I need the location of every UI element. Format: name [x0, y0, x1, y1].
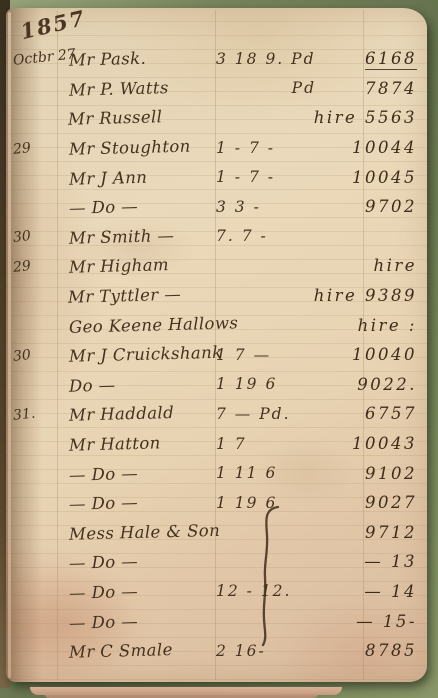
amount-cell: 1 - 7 -: [216, 139, 322, 157]
ledger-row: Mr C Smale 2 16- 8785: [6, 636, 427, 666]
date-cell: [6, 115, 55, 120]
date-cell: [6, 175, 56, 180]
number-cell: 6168: [322, 49, 427, 68]
ledger-row: Mr J Ann 1 - 7 - 10045: [6, 162, 427, 192]
name-cell: Mr Stoughton: [56, 136, 216, 159]
name-cell: Do —: [56, 373, 216, 396]
date-cell: [6, 589, 56, 594]
date-cell: Octbr 27: [5, 48, 56, 69]
number-cell: — 15-: [322, 612, 427, 631]
name-cell: Mr Russell: [55, 106, 211, 129]
ledger-row: Mr Hatton 1 7 10043: [6, 429, 427, 459]
name-cell: Mr J Ann: [56, 166, 216, 189]
number-cell: — 14: [322, 582, 427, 601]
amount-cell: 12 - 12.: [216, 582, 322, 600]
name-cell: — Do —: [56, 550, 216, 573]
amount-cell: 1 - 7 -: [216, 168, 322, 186]
number-cell: 9712: [322, 523, 427, 542]
date-cell: [6, 293, 55, 298]
date-cell: 29: [5, 137, 56, 158]
amount-cell: 7. 7 -: [216, 227, 322, 245]
ledger-row: 31. Mr Haddald 7 — Pd. 6757: [6, 399, 427, 429]
name-cell: — Do —: [56, 580, 216, 603]
date-cell: [6, 204, 56, 209]
number-cell: hire :: [322, 316, 427, 335]
ledger-row: Mess Hale & Son 9712: [6, 518, 427, 548]
ledger-row: — Do — — 13: [6, 547, 427, 577]
name-cell: — Do —: [56, 491, 216, 514]
ledger-row: 30 Mr Smith — 7. 7 -: [6, 222, 427, 252]
date-cell: [6, 559, 56, 564]
number-cell: hire 9389: [314, 286, 427, 305]
name-cell: Mr Higham: [56, 254, 216, 277]
ledger-row: 29 Mr Higham hire: [6, 251, 427, 281]
ledger-page: 1857 Octbr 27 Mr Pask. 3 18 9. Pd 6168 M…: [6, 8, 427, 682]
ledger-row: — Do — — 15-: [6, 606, 427, 636]
ledger-rows: Octbr 27 Mr Pask. 3 18 9. Pd 6168 Mr P. …: [6, 44, 427, 665]
name-cell: Mr Tyttler —: [55, 284, 211, 307]
number-cell: 10044: [322, 138, 427, 157]
name-cell: Mr Haddald: [56, 402, 216, 425]
date-cell: [6, 618, 56, 623]
amount-cell: 1 7 —: [216, 346, 322, 364]
number-cell: — 13: [322, 552, 427, 571]
number-cell: 10040: [322, 345, 427, 364]
number-cell: 7874: [322, 79, 427, 98]
date-cell: 29: [5, 255, 56, 276]
date-cell: 30: [5, 226, 56, 247]
photo-background: 1857 Octbr 27 Mr Pask. 3 18 9. Pd 6168 M…: [0, 0, 438, 698]
date-cell: [6, 86, 56, 91]
number-cell: hire 5563: [314, 108, 427, 127]
ledger-row: 29 Mr Stoughton 1 - 7 - 10044: [6, 133, 427, 163]
ledger-row: — Do — 12 - 12. — 14: [6, 577, 427, 607]
date-cell: [6, 382, 56, 387]
amount-cell: 2 16-: [216, 642, 322, 660]
number-cell: 9702: [322, 197, 427, 216]
number-cell: 10043: [322, 434, 427, 453]
date-cell: [6, 470, 56, 475]
name-cell: Mr J Cruickshank: [56, 343, 216, 366]
ledger-row: Geo Keene Hallows hire :: [6, 310, 427, 340]
number-cell: 9022.: [322, 375, 427, 394]
amount-cell: 3 18 9. Pd: [216, 50, 322, 68]
date-cell: [6, 530, 56, 535]
name-cell: Mr Pask.: [56, 47, 216, 70]
ledger-row: Mr Russell hire 5563: [6, 103, 427, 133]
underlined-number: 6168: [365, 49, 417, 70]
number-cell: 9027: [322, 493, 427, 512]
date-cell: [6, 500, 56, 505]
date-cell: 31.: [5, 403, 56, 424]
ledger-row: Do — 1 19 6 9022.: [6, 370, 427, 400]
ledger-row: — Do — 3 3 - 9702: [6, 192, 427, 222]
name-cell: Mr Hatton: [56, 432, 216, 455]
page-edge-stack: [44, 693, 318, 698]
date-cell: 30: [5, 344, 56, 365]
ledger-row: Mr P. Watts Pd 7874: [6, 74, 427, 104]
name-cell: — Do —: [56, 609, 216, 632]
name-cell: Mr Smith —: [56, 225, 216, 248]
ledger-row: Octbr 27 Mr Pask. 3 18 9. Pd 6168: [6, 44, 427, 74]
amount-cell: 1 19 6: [216, 494, 322, 512]
number-cell: 8785: [322, 641, 427, 660]
ledger-row: — Do — 1 19 6 9027: [6, 488, 427, 518]
number-cell: hire: [322, 256, 427, 275]
date-cell: [6, 441, 56, 446]
name-cell: Geo Keene Hallows: [56, 314, 216, 337]
amount-cell: 1 7: [216, 435, 322, 453]
ledger-row: — Do — 1 11 6 9102: [6, 458, 427, 488]
name-cell: Mr C Smale: [56, 639, 216, 662]
number-cell: 10045: [322, 168, 427, 187]
date-cell: [6, 648, 56, 653]
name-cell: Mess Hale & Son: [56, 521, 216, 544]
amount-cell: 3 3 -: [216, 198, 322, 216]
number-cell: 9102: [322, 464, 427, 483]
amount-cell: 1 19 6: [216, 375, 322, 393]
ledger-row: 30 Mr J Cruickshank 1 7 — 10040: [6, 340, 427, 370]
ledger-row: Mr Tyttler — hire 9389: [6, 281, 427, 311]
number-cell: 6757: [322, 404, 427, 423]
name-cell: Mr P. Watts: [56, 77, 216, 100]
amount-cell: Pd: [216, 79, 322, 97]
amount-cell: 7 — Pd.: [216, 405, 322, 423]
date-cell: [6, 323, 56, 328]
name-cell: — Do —: [56, 462, 216, 485]
amount-cell: 1 11 6: [216, 464, 322, 482]
name-cell: — Do —: [56, 195, 216, 218]
